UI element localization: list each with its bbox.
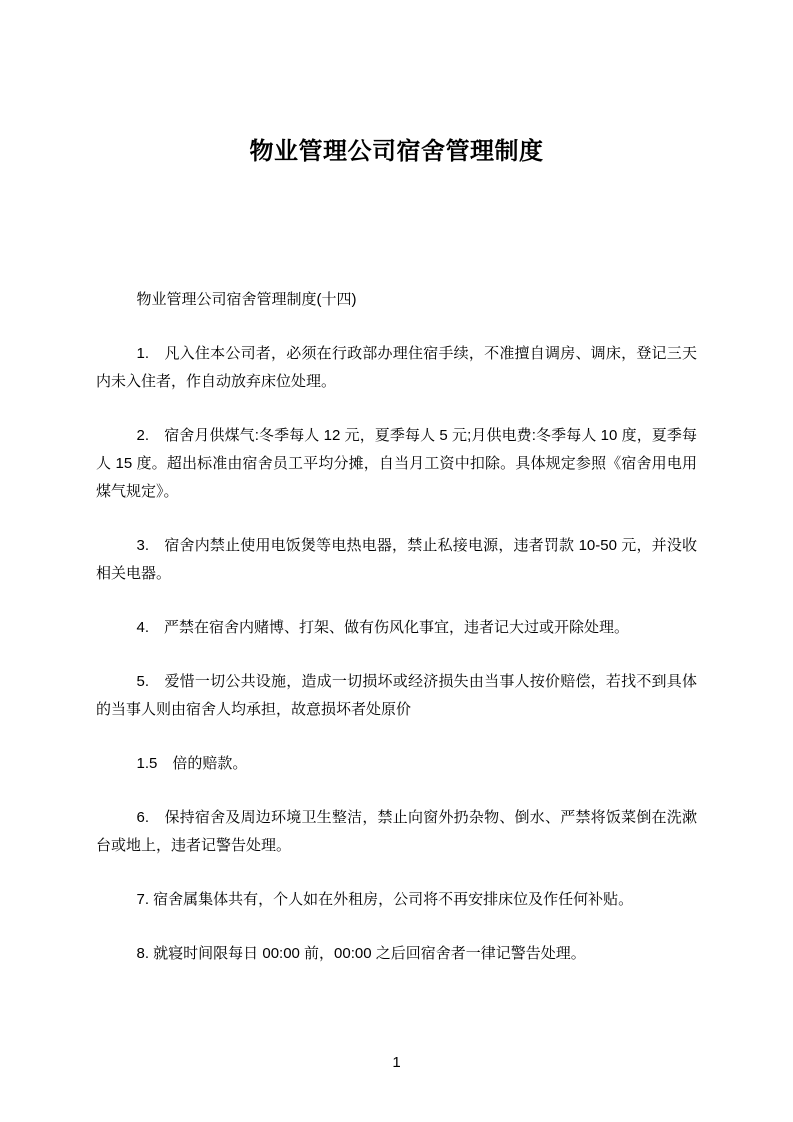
rule-paragraph-2: 2. 宿舍月供煤气:冬季每人 12 元，夏季每人 5 元;月供电费:冬季每人 1… xyxy=(96,422,697,506)
rule-paragraph-4: 4. 严禁在宿舍内赌博、打架、做有伤风化事宜，违者记大过或开除处理。 xyxy=(96,614,697,642)
rule-paragraph-7: 7. 宿舍属集体共有，个人如在外租房，公司将不再安排床位及作任何补贴。 xyxy=(96,886,697,914)
rule-paragraph-3: 3. 宿舍内禁止使用电饭煲等电热电器，禁止私接电源，违者罚款 10-50 元，并… xyxy=(96,532,697,588)
page-number: 1 xyxy=(0,1052,793,1074)
rule-paragraph-1: 1. 凡入住本公司者，必须在行政部办理住宿手续，不准擅自调房、调床，登记三天内未… xyxy=(96,340,697,396)
document-subtitle: 物业管理公司宿舍管理制度(十四) xyxy=(96,286,697,314)
rule-paragraph-6: 6. 保持宿舍及周边环境卫生整洁，禁止向窗外扔杂物、倒水、严禁将饭菜倒在洗漱台或… xyxy=(96,804,697,860)
rule-paragraph-8: 8. 就寝时间限每日 00:00 前，00:00 之后回宿舍者一律记警告处理。 xyxy=(96,940,697,968)
rule-paragraph-5-continuation: 1.5 倍的赔款。 xyxy=(96,750,697,778)
document-title: 物业管理公司宿舍管理制度 xyxy=(96,136,697,168)
rule-paragraph-5: 5. 爱惜一切公共设施，造成一切损坏或经济损失由当事人按价赔偿，若找不到具体的当… xyxy=(96,668,697,724)
document-page: 物业管理公司宿舍管理制度 物业管理公司宿舍管理制度(十四) 1. 凡入住本公司者… xyxy=(0,0,793,1122)
